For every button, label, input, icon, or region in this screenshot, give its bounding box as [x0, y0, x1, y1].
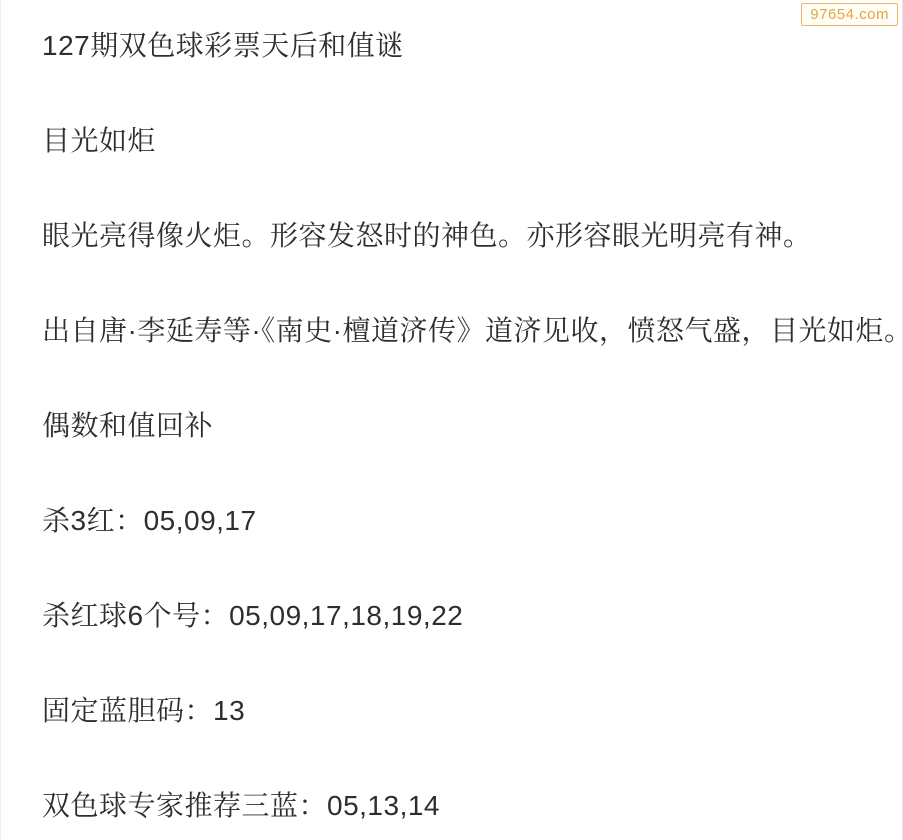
- idiom-source: 出自唐·李延寿等·《南史·檀道济传》道济见收，愤怒气盛，目光如炬。: [42, 315, 882, 347]
- watermark-badge: 97654.com: [801, 3, 898, 26]
- prediction-heading: 偶数和值回补: [42, 410, 882, 442]
- idiom-definition: 眼光亮得像火炬。形容发怒时的神色。亦形容眼光明亮有神。: [42, 220, 882, 252]
- recommend-3-blue-line: 双色球专家推荐三蓝：05,13,14: [42, 790, 882, 822]
- article-page: 97654.com 127期双色球彩票天后和值谜 目光如炬 眼光亮得像火炬。形容…: [0, 0, 903, 840]
- idiom-title: 目光如炬: [42, 125, 882, 157]
- article-title: 127期双色球彩票天后和值谜: [42, 30, 882, 62]
- article-content: 127期双色球彩票天后和值谜 目光如炬 眼光亮得像火炬。形容发怒时的神色。亦形容…: [1, 0, 902, 822]
- kill-3-red-line: 杀3红：05,09,17: [42, 505, 882, 537]
- fixed-blue-line: 固定蓝胆码：13: [42, 695, 882, 727]
- kill-6-red-line: 杀红球6个号：05,09,17,18,19,22: [42, 600, 882, 632]
